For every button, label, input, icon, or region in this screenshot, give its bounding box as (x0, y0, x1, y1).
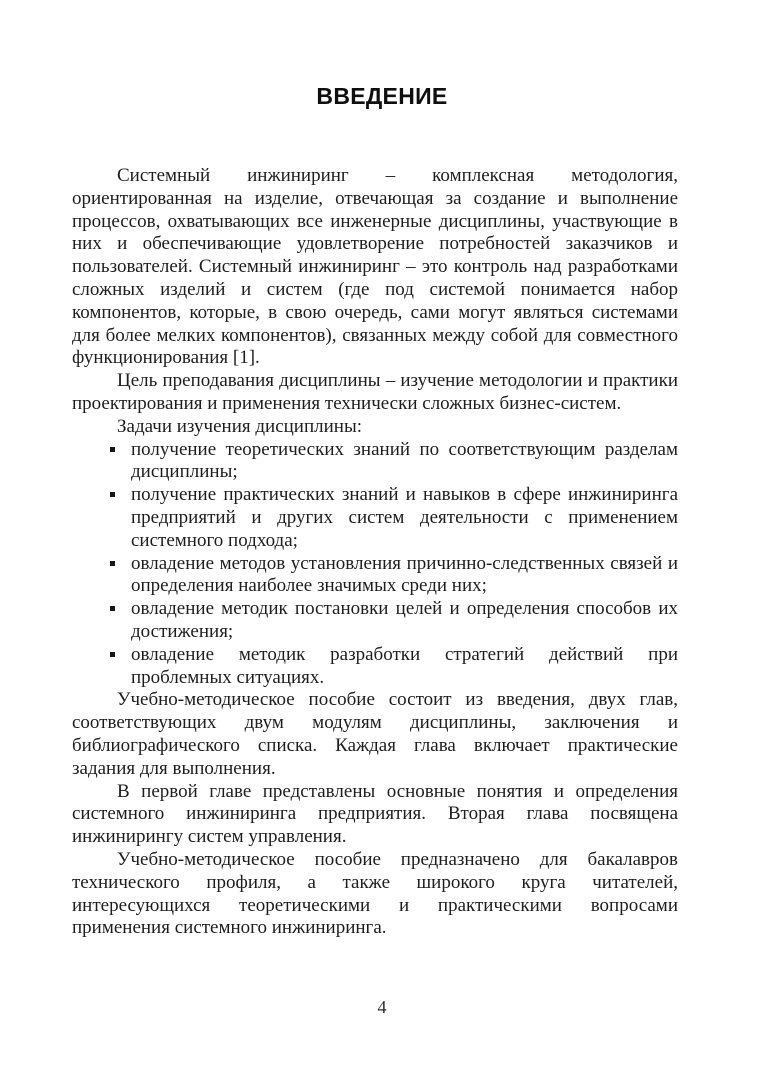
paragraph-tasks-heading: Задачи изучения дисциплины: (72, 416, 678, 439)
list-item-text: получение практических знаний и навыков … (131, 484, 678, 551)
tasks-list: получение теоретических знаний по соотве… (72, 439, 678, 690)
list-item: овладение методик разработки стратегий д… (72, 644, 678, 690)
bullet-square-icon (110, 492, 115, 497)
bullet-square-icon (110, 447, 115, 452)
bullet-square-icon (110, 652, 115, 657)
list-item: получение практических знаний и навыков … (72, 484, 678, 552)
paragraph-target-audience: Учебно-методическое пособие предназначен… (72, 849, 678, 940)
list-item-text: овладение методов установления причинно-… (131, 553, 678, 597)
document-page: ВВЕДЕНИЕ Системный инжиниринг – комплекс… (0, 0, 764, 1080)
paragraph-course-goal: Цель преподавания дисциплины – изучение … (72, 370, 678, 416)
page-number: 4 (0, 997, 764, 1018)
paragraph-manual-structure: Учебно-методическое пособие состоит из в… (72, 689, 678, 780)
list-item: получение теоретических знаний по соотве… (72, 439, 678, 485)
paragraph-chapters-overview: В первой главе представлены основные пон… (72, 781, 678, 849)
list-item-text: получение теоретических знаний по соотве… (131, 439, 678, 483)
list-item: овладение методик постановки целей и опр… (72, 598, 678, 644)
page-title: ВВЕДЕНИЕ (0, 83, 764, 110)
paragraph-system-engineering: Системный инжиниринг – комплексная метод… (72, 165, 678, 370)
list-item: овладение методов установления причинно-… (72, 553, 678, 599)
list-item-text: овладение методик разработки стратегий д… (131, 644, 678, 688)
list-item-text: овладение методик постановки целей и опр… (131, 598, 678, 642)
page-body: Системный инжиниринг – комплексная метод… (72, 165, 678, 940)
bullet-square-icon (110, 561, 115, 566)
bullet-square-icon (110, 606, 115, 611)
